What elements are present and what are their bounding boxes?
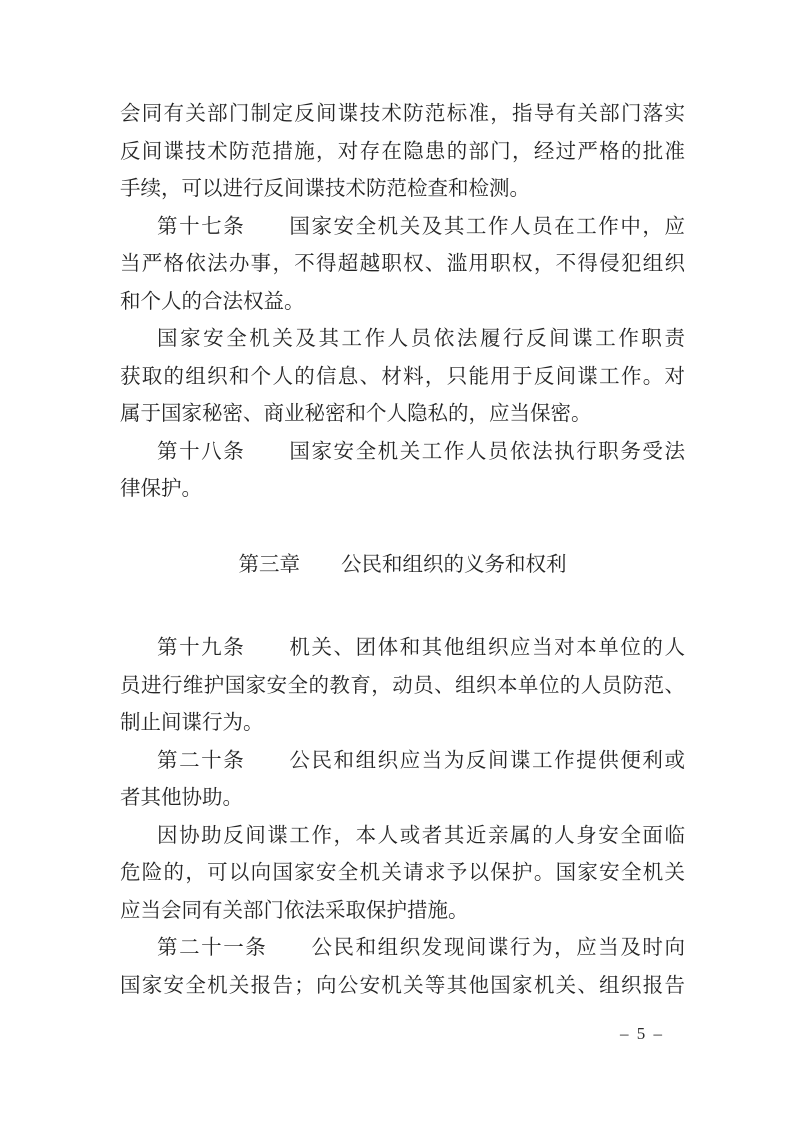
text-line: 员进行维护国家安全的教育，动员、组织本单位的人员防范、 (120, 668, 685, 706)
paragraph-article-19: 第十九条 机关、团体和其他组织应当对本单位的人 员进行维护国家安全的教育，动员、… (120, 630, 685, 743)
text-line: 属于国家秘密、商业秘密和个人隐私的，应当保密。 (120, 396, 685, 434)
paragraph-article-17-clause-2: 国家安全机关及其工作人员依法履行反间谍工作职责 获取的组织和个人的信息、材料，只… (120, 321, 685, 434)
document-page: 会同有关部门制定反间谍技术防范标准，指导有关部门落实 反间谍技术防范措施，对存在… (0, 0, 800, 1131)
text-line: 制止间谍行为。 (120, 705, 685, 743)
text-line: 当严格依法办事，不得超越职权、滥用职权，不得侵犯组织 (120, 246, 685, 284)
paragraph-article-18: 第十八条 国家安全机关工作人员依法执行职务受法 律保护。 (120, 434, 685, 509)
text-line: 手续，可以进行反间谍技术防范检查和检测。 (120, 171, 685, 209)
document-body: 会同有关部门制定反间谍技术防范标准，指导有关部门落实 反间谍技术防范措施，对存在… (120, 96, 685, 1005)
text-line: 会同有关部门制定反间谍技术防范标准，指导有关部门落实 (120, 96, 685, 134)
page-number: – 5 – (597, 1024, 687, 1044)
text-line: 国家安全机关及其工作人员依法履行反间谍工作职责 (120, 321, 685, 359)
text-line: 国家安全机关报告；向公安机关等其他国家机关、组织报告 (120, 968, 685, 1006)
text-line: 和个人的合法权益。 (120, 284, 685, 322)
text-line: 第二十一条 公民和组织发现间谍行为，应当及时向 (120, 930, 685, 968)
text-line: 因协助反间谍工作，本人或者其近亲属的人身安全面临 (120, 818, 685, 856)
text-line: 者其他协助。 (120, 780, 685, 818)
text-line: 第十八条 国家安全机关工作人员依法执行职务受法 (120, 434, 685, 472)
text-line: 第十七条 国家安全机关及其工作人员在工作中，应 (120, 209, 685, 247)
paragraph-article-21: 第二十一条 公民和组织发现间谍行为，应当及时向 国家安全机关报告；向公安机关等其… (120, 930, 685, 1005)
paragraph-article-17: 第十七条 国家安全机关及其工作人员在工作中，应 当严格依法办事，不得超越职权、滥… (120, 209, 685, 322)
paragraph-tech-prevention: 会同有关部门制定反间谍技术防范标准，指导有关部门落实 反间谍技术防范措施，对存在… (120, 96, 685, 209)
paragraph-article-20-clause-2: 因协助反间谍工作，本人或者其近亲属的人身安全面临 危险的，可以向国家安全机关请求… (120, 818, 685, 931)
text-line: 应当会同有关部门依法采取保护措施。 (120, 893, 685, 931)
chapter-heading: 第三章 公民和组织的义务和权利 (120, 547, 685, 585)
text-line: 第二十条 公民和组织应当为反间谍工作提供便利或 (120, 743, 685, 781)
text-line: 反间谍技术防范措施，对存在隐患的部门，经过严格的批准 (120, 134, 685, 172)
paragraph-article-20: 第二十条 公民和组织应当为反间谍工作提供便利或 者其他协助。 (120, 743, 685, 818)
text-line: 律保护。 (120, 471, 685, 509)
text-line: 危险的，可以向国家安全机关请求予以保护。国家安全机关 (120, 855, 685, 893)
text-line: 获取的组织和个人的信息、材料，只能用于反间谍工作。对 (120, 359, 685, 397)
text-line: 第十九条 机关、团体和其他组织应当对本单位的人 (120, 630, 685, 668)
